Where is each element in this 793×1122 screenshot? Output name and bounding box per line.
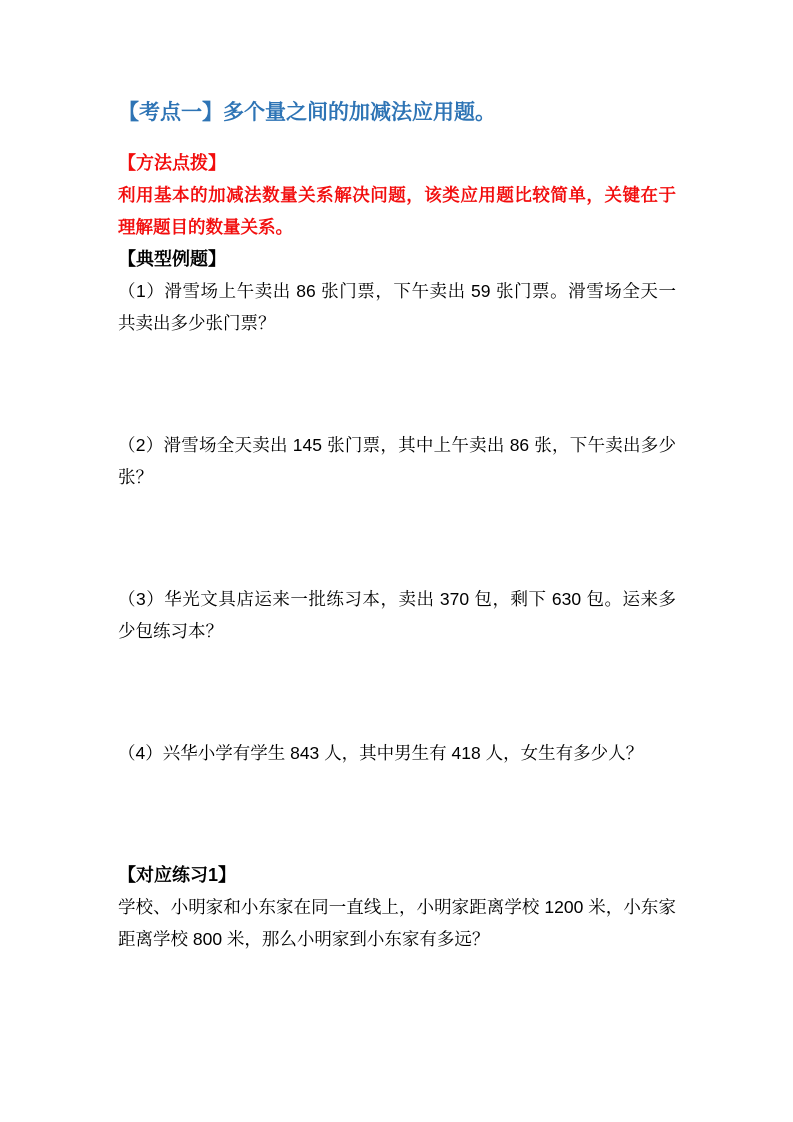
document-page: 【考点一】多个量之间的加减法应用题。 【方法点拨】 利用基本的加减法数量关系解决… [0,0,793,1122]
topic-heading: 【考点一】多个量之间的加减法应用题。 [118,100,676,126]
method-tips-heading: 【方法点拨】 [118,147,676,179]
practice-problem-text: 学校、小明家和小东家在同一直线上，小明家距离学校 1200 米，小东家距离学校 … [118,891,676,955]
example-problem-2: （2）滑雪场全天卖出 145 张门票，其中上午卖出 86 张，下午卖出多少张？ [118,429,676,493]
document-content: 【考点一】多个量之间的加减法应用题。 【方法点拨】 利用基本的加减法数量关系解决… [118,100,676,955]
example-problem-4: （4）兴华小学有学生 843 人，其中男生有 418 人，女生有多少人？ [118,737,676,769]
typical-examples-heading: 【典型例题】 [118,243,676,275]
method-tips-text: 利用基本的加减法数量关系解决问题，该类应用题比较简单，关键在于理解题目的数量关系… [118,179,676,243]
example-problem-3: （3）华光文具店运来一批练习本，卖出 370 包，剩下 630 包。运来多少包练… [118,583,676,647]
practice-heading: 【对应练习1】 [118,859,676,891]
example-problem-1: （1）滑雪场上午卖出 86 张门票，下午卖出 59 张门票。滑雪场全天一共卖出多… [118,275,676,339]
